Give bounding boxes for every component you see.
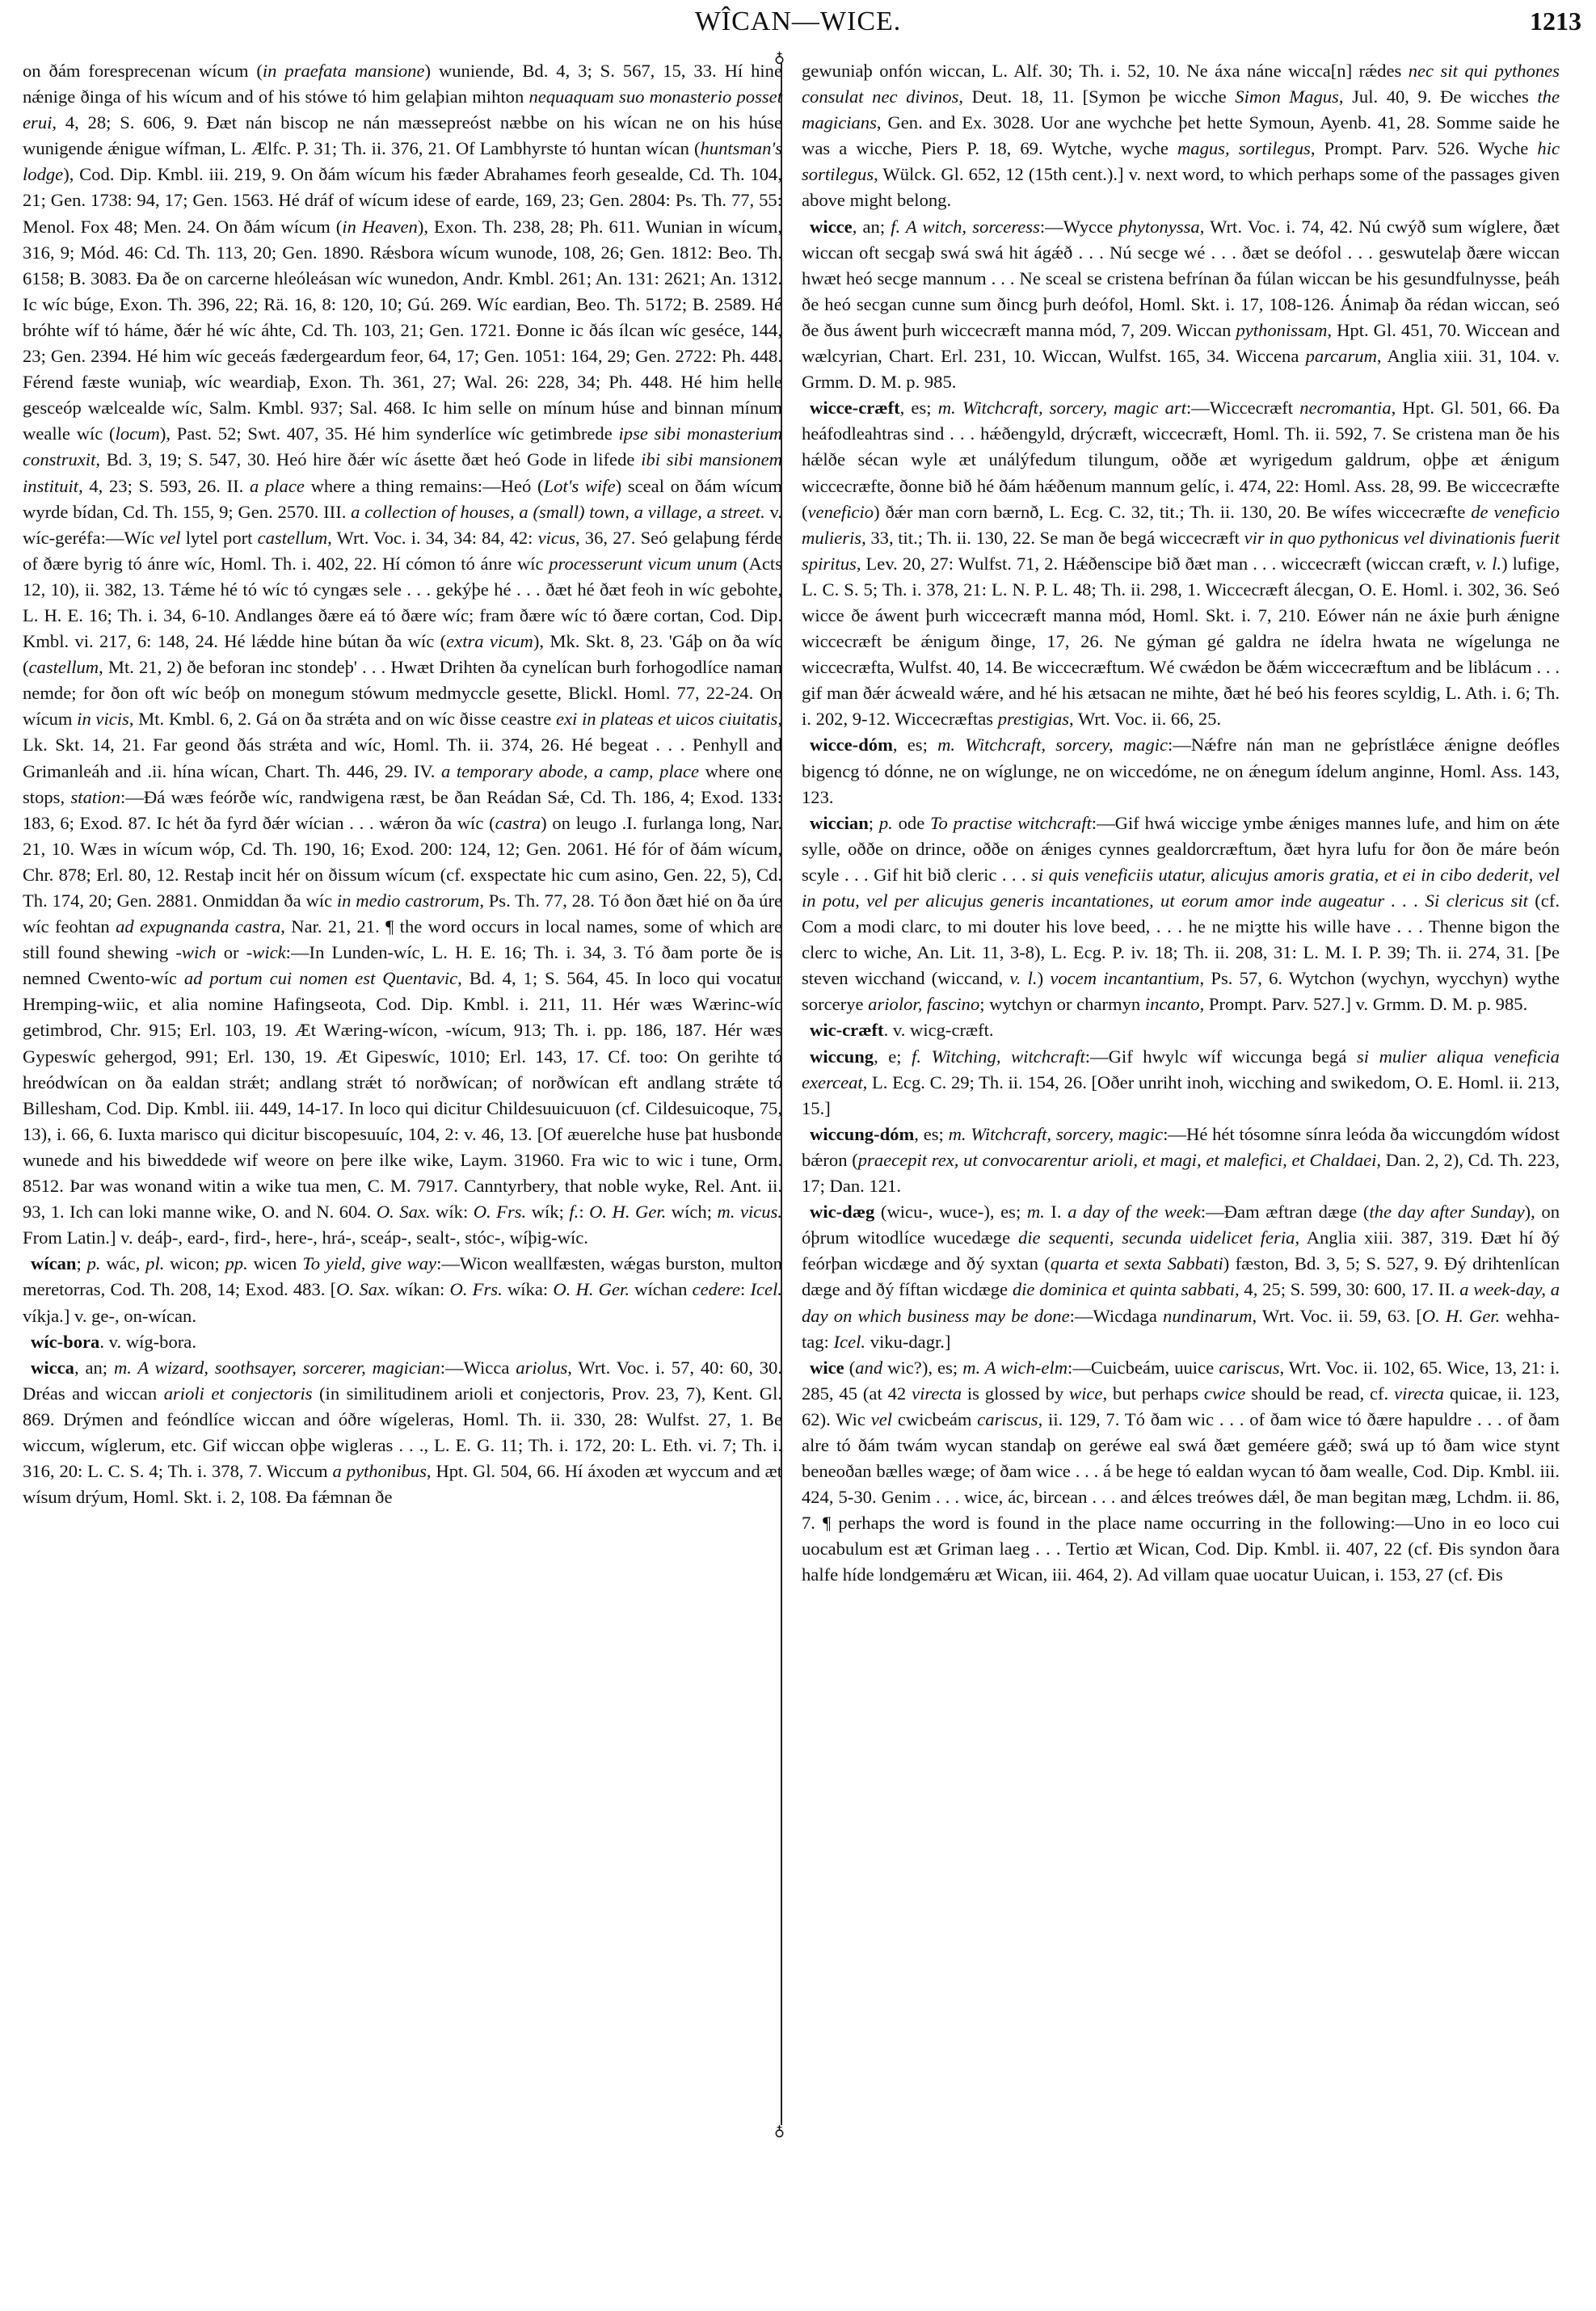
entry-text: , Bd. 3, 19; S. 547, 30. Heó hire ðǽr wí… bbox=[95, 449, 641, 469]
entry-text: wíchan bbox=[630, 1279, 693, 1299]
italic-text: O. Sax. bbox=[377, 1202, 431, 1222]
italic-text: To practise witchcraft bbox=[930, 813, 1092, 833]
italic-text: magus, sortilegus bbox=[1177, 138, 1311, 158]
italic-text: in vicis bbox=[77, 709, 129, 729]
page-number: 1213 bbox=[1530, 6, 1581, 36]
italic-text: m. Witchcraft, sorcery, magic bbox=[937, 735, 1168, 755]
entry-text: ; wytchyn or charmyn bbox=[979, 994, 1145, 1014]
entry-text: wicon; bbox=[164, 1253, 225, 1273]
italic-text: the day after Sunday bbox=[1369, 1202, 1524, 1222]
italic-text: arioli et conjectoris bbox=[164, 1383, 313, 1404]
entry-headword: wícan bbox=[31, 1253, 76, 1273]
entry-text: where a thing remains:—Heó ( bbox=[305, 476, 544, 496]
entry-text: . v. wicg-cræft. bbox=[884, 1020, 994, 1040]
page-header: WÎCAN—WICE. 1213 bbox=[0, 0, 1596, 48]
entry-text: I. bbox=[1045, 1202, 1068, 1222]
running-head: WÎCAN—WICE. bbox=[0, 6, 1596, 37]
entry-text: , 33, tit.; Th. ii. 130, 22. Se man ðe b… bbox=[861, 528, 1244, 548]
italic-text: castellum bbox=[29, 657, 99, 677]
entry-text: :—Wicca bbox=[440, 1358, 516, 1378]
entry-headword: wiccung-dóm bbox=[810, 1124, 914, 1144]
italic-text: cariscus bbox=[977, 1409, 1038, 1429]
italic-text: f. Witching, witchcraft bbox=[912, 1046, 1085, 1067]
entry-text: ) bbox=[1038, 968, 1051, 988]
entry-text: , 4, 25; S. 599, 30: 600, 17. II. bbox=[1235, 1279, 1459, 1299]
italic-text: castra bbox=[495, 813, 541, 833]
italic-text: castellum bbox=[258, 528, 328, 548]
italic-text: ad portum cui nomen est Quentavic bbox=[184, 968, 457, 988]
italic-text: praecepit rex, ut convocarentur arioli, … bbox=[858, 1150, 1377, 1170]
italic-text: in praefata mansione bbox=[263, 61, 425, 81]
italic-text: die sequenti, secunda uidelicet feria bbox=[1018, 1227, 1295, 1248]
entry-text: :—Wycce bbox=[1040, 217, 1118, 237]
italic-text: -wick bbox=[246, 942, 286, 962]
dictionary-entry: wicce-dóm, es; m. Witchcraft, sorcery, m… bbox=[802, 732, 1560, 810]
italic-text: vicus bbox=[538, 528, 575, 548]
entry-text: , es; bbox=[900, 398, 938, 418]
entry-text: . v. wíg-bora. bbox=[99, 1332, 196, 1352]
italic-text: f. bbox=[569, 1202, 579, 1222]
italic-text: virecta bbox=[912, 1383, 962, 1404]
italic-text: ariolor, fascino bbox=[868, 994, 979, 1014]
entry-text: , 4, 23; S. 593, 26. II. bbox=[78, 476, 250, 496]
entry-text: ode bbox=[893, 813, 930, 833]
entry-text: : bbox=[740, 1279, 750, 1299]
italic-text: in Heaven bbox=[342, 217, 418, 237]
italic-text: a temporary abode, a camp, place bbox=[441, 761, 699, 781]
column-rule-ornament-bottom-icon: ♁ bbox=[774, 2124, 785, 2138]
italic-text: vel bbox=[159, 528, 180, 548]
entry-text: : bbox=[579, 1202, 589, 1222]
entry-text: is glossed by bbox=[962, 1383, 1069, 1404]
italic-text: cwice bbox=[1204, 1383, 1245, 1404]
entry-headword: wíc-bora bbox=[31, 1332, 99, 1352]
italic-text: locum bbox=[116, 423, 160, 444]
italic-text: phytonyssa bbox=[1118, 217, 1199, 237]
italic-text: processerunt vicum unum bbox=[549, 554, 737, 574]
italic-text: ad expugnanda castra bbox=[116, 916, 280, 937]
entry-text: cwicbeám bbox=[892, 1409, 977, 1429]
entry-text: , L. Ecg. C. 29; Th. ii. 154, 26. [Oðer … bbox=[802, 1072, 1560, 1118]
italic-text: m. vicus. bbox=[717, 1202, 782, 1222]
entry-text: :—Wiccecræft bbox=[1186, 398, 1299, 418]
italic-text: necromantia bbox=[1299, 398, 1391, 418]
dictionary-entry: wícan; p. wác, pl. wicon; pp. wicen To y… bbox=[23, 1251, 782, 1328]
dictionary-entry: wic-cræft. v. wicg-cræft. bbox=[802, 1017, 1560, 1043]
entry-text: ( bbox=[844, 1358, 856, 1378]
italic-text: a place bbox=[250, 476, 305, 496]
italic-text: in medio castrorum bbox=[337, 890, 479, 911]
entry-text: , Wrt. Voc. ii. 66, 25. bbox=[1069, 709, 1221, 729]
dictionary-entry: wicce, an; f. A witch, sorceress:—Wycce … bbox=[802, 214, 1560, 396]
italic-text: a collection of houses, a (small) town, … bbox=[351, 502, 765, 522]
entry-text: , es; bbox=[893, 735, 937, 755]
entry-headword: wicce bbox=[810, 217, 853, 237]
italic-text: pp. bbox=[225, 1253, 247, 1273]
italic-text: exi in plateas et uicos ciuitatis bbox=[556, 709, 777, 729]
dictionary-entry: wicce-cræft, es; m. Witchcraft, sorcery,… bbox=[802, 395, 1560, 732]
entry-text: :—Gif hwylc wíf wiccunga begá bbox=[1085, 1046, 1357, 1067]
italic-text: m. A wizard, soothsayer, sorcerer, magic… bbox=[114, 1358, 440, 1378]
italic-text: a pythonibus bbox=[332, 1461, 426, 1481]
entry-text: wíka: bbox=[503, 1279, 554, 1299]
entry-text: or bbox=[217, 942, 246, 962]
italic-text: O. H. Ger. bbox=[1422, 1306, 1501, 1326]
entry-headword: wice bbox=[810, 1358, 844, 1378]
entry-text: , Bd. 4, 1; S. 564, 45. In loco qui voca… bbox=[23, 968, 782, 1222]
italic-text: Lot's wife bbox=[544, 476, 616, 496]
italic-text: prestigias bbox=[998, 709, 1069, 729]
entry-text: , Wrt. Voc. ii. 59, 63. [ bbox=[1253, 1306, 1422, 1326]
entry-text: , ii. 129, 7. Tó ðam wic . . . of ðam wi… bbox=[802, 1409, 1560, 1585]
entry-continuation: gewuniaþ onfón wiccan, L. Alf. 30; Th. i… bbox=[802, 58, 1560, 214]
right-column: gewuniaþ onfón wiccan, L. Alf. 30; Th. i… bbox=[802, 58, 1560, 1589]
entry-text: gewuniaþ onfón wiccan, L. Alf. 30; Th. i… bbox=[802, 61, 1409, 81]
entry-text: ; bbox=[76, 1253, 86, 1273]
italic-text: -wich bbox=[175, 942, 216, 962]
italic-text: pythonissam bbox=[1236, 320, 1327, 340]
dictionary-entry: wíc-bora. v. wíg-bora. bbox=[23, 1329, 782, 1355]
entry-text: , Prompt. Parv. 527.] v. Grmm. D. M. p. … bbox=[1200, 994, 1528, 1014]
entry-text: , Jul. 40, 9. Ðe wicches bbox=[1339, 86, 1538, 107]
entry-text: :—Cuicbeám, uuice bbox=[1068, 1358, 1219, 1378]
entry-text: , e; bbox=[874, 1046, 912, 1067]
italic-text: Simon Magus bbox=[1235, 86, 1339, 107]
entry-text: ), Past. 52; Swt. 407, 35. Hé him synder… bbox=[160, 423, 619, 444]
italic-text: f. A witch, sorceress bbox=[891, 217, 1040, 237]
entry-headword: wiccian bbox=[810, 813, 869, 833]
italic-text: a day of the week bbox=[1068, 1202, 1201, 1222]
italic-text: To yield, give way bbox=[302, 1253, 436, 1273]
italic-text: m. Witchcraft, sorcery, magic bbox=[949, 1124, 1164, 1144]
italic-text: extra vicum bbox=[446, 631, 533, 651]
italic-text: v. l. bbox=[1476, 554, 1501, 574]
italic-text: m. bbox=[1027, 1202, 1045, 1222]
entry-text: , Mt. Kmbl. 6, 2. Gá on ða strǽta and on… bbox=[129, 709, 556, 729]
italic-text: O. H. Ger. bbox=[553, 1279, 630, 1299]
entry-text: , Wrt. Voc. i. 34, 34: 84, 42: bbox=[327, 528, 537, 548]
entry-text: :—Ðam æftran dæge ( bbox=[1201, 1202, 1370, 1222]
italic-text: Icel. bbox=[834, 1332, 866, 1352]
italic-text: m. A wich-elm bbox=[962, 1358, 1068, 1378]
entry-text: (wicu-, wuce-), es; bbox=[874, 1202, 1027, 1222]
italic-text: die dominica et quinta sabbati bbox=[1013, 1279, 1235, 1299]
italic-text: O. Frs. bbox=[474, 1202, 527, 1222]
entry-text: wík; bbox=[526, 1202, 569, 1222]
italic-text: incanto bbox=[1145, 994, 1200, 1014]
italic-text: parcarum bbox=[1306, 346, 1377, 366]
entry-text: ; bbox=[869, 813, 879, 833]
italic-text: station bbox=[71, 787, 121, 807]
italic-text: nundinarum bbox=[1163, 1306, 1252, 1326]
entry-continuation: on ðám foresprecenan wícum (in praefata … bbox=[23, 58, 782, 1251]
dictionary-entry: wiccung, e; f. Witching, witchcraft:—Gif… bbox=[802, 1044, 1560, 1122]
entry-text: :—Wicdaga bbox=[1070, 1306, 1163, 1326]
entry-text: wicen bbox=[248, 1253, 303, 1273]
italic-text: cariscus bbox=[1219, 1358, 1279, 1378]
entry-headword: wic-dæg bbox=[810, 1202, 874, 1222]
italic-text: pl. bbox=[145, 1253, 164, 1273]
italic-text: m. Witchcraft, sorcery, magic art bbox=[938, 398, 1186, 418]
entry-text: wíkan: bbox=[390, 1279, 450, 1299]
italic-text: quarta et sexta Sabbati bbox=[1051, 1253, 1223, 1273]
entry-text: lytel port bbox=[181, 528, 258, 548]
entry-text: , Wülck. Gl. 652, 12 (15th cent.).] v. n… bbox=[802, 164, 1560, 210]
italic-text: O. Frs. bbox=[450, 1279, 503, 1299]
italic-text: veneficio bbox=[808, 502, 874, 522]
entry-headword: wicce-cræft bbox=[810, 398, 900, 418]
entry-text: From Latin.] v. deáþ-, eard-, fird-, her… bbox=[23, 1227, 588, 1248]
entry-text: , Prompt. Parv. 526. Wyche bbox=[1311, 138, 1538, 158]
dictionary-entry: wice (and wic?), es; m. A wich-elm:—Cuic… bbox=[802, 1355, 1560, 1589]
italic-text: virecta bbox=[1394, 1383, 1444, 1404]
entry-headword: wicce-dóm bbox=[810, 735, 893, 755]
entry-text: ) lufige, L. C. S. 5; Th. i. 378, 21: L.… bbox=[802, 554, 1560, 730]
entry-text: , Lev. 20, 27: Wulfst. 71, 2. Hǽðenscipe… bbox=[857, 554, 1476, 574]
entry-text: on ðám foresprecenan wícum ( bbox=[23, 61, 263, 81]
dictionary-entry: wicca, an; m. A wizard, soothsayer, sorc… bbox=[23, 1355, 782, 1511]
dictionary-entry: wiccung-dóm, es; m. Witchcraft, sorcery,… bbox=[802, 1122, 1560, 1199]
italic-text: p. bbox=[87, 1253, 101, 1273]
entry-text: , Deut. 18, 11. [Symon þe wicche bbox=[958, 86, 1235, 107]
italic-text: O. Sax. bbox=[336, 1279, 390, 1299]
italic-text: p. bbox=[879, 813, 893, 833]
entry-text: viku-dagr.] bbox=[865, 1332, 950, 1352]
entry-text: wác, bbox=[101, 1253, 146, 1273]
italic-text: O. H. Ger. bbox=[589, 1202, 666, 1222]
entry-text: ) ðǽr man corn bærnð, L. Ecg. C. 32, tit… bbox=[874, 502, 1471, 522]
entry-text: , an; bbox=[74, 1358, 114, 1378]
entry-text: víkja.] v. ge-, on-wícan. bbox=[23, 1306, 196, 1326]
dictionary-entry: wic-dæg (wicu-, wuce-), es; m. I. a day … bbox=[802, 1199, 1560, 1355]
entry-headword: wicca bbox=[31, 1358, 74, 1378]
entry-headword: wic-cræft bbox=[810, 1020, 884, 1040]
italic-text: Icel. bbox=[750, 1279, 782, 1299]
entry-headword: wiccung bbox=[810, 1046, 874, 1067]
entry-text: should be read, cf. bbox=[1245, 1383, 1394, 1404]
entry-text: , es; bbox=[914, 1124, 948, 1144]
entry-text: , 4, 28; S. 606, 9. Ðæt nán biscop ne ná… bbox=[23, 112, 782, 158]
entry-text: wík: bbox=[431, 1202, 474, 1222]
italic-text: wice bbox=[1069, 1383, 1102, 1404]
italic-text: v. l. bbox=[1009, 968, 1037, 988]
entry-text: ), Exon. Th. 238, 28; Ph. 611. Wunian in… bbox=[23, 217, 782, 444]
entry-text: , but perhaps bbox=[1102, 1383, 1203, 1404]
italic-text: cedere bbox=[693, 1279, 740, 1299]
italic-text: and bbox=[855, 1358, 882, 1378]
entry-text: wic?), es; bbox=[882, 1358, 962, 1378]
entry-text: wích; bbox=[666, 1202, 717, 1222]
italic-text: vel bbox=[871, 1409, 892, 1429]
dictionary-entry: wiccian; p. ode To practise witchcraft:—… bbox=[802, 810, 1560, 1018]
italic-text: vocem incantantium bbox=[1050, 968, 1199, 988]
entry-text: , an; bbox=[853, 217, 891, 237]
italic-text: ariolus bbox=[516, 1358, 567, 1378]
left-column: on ðám foresprecenan wícum (in praefata … bbox=[23, 58, 782, 1510]
